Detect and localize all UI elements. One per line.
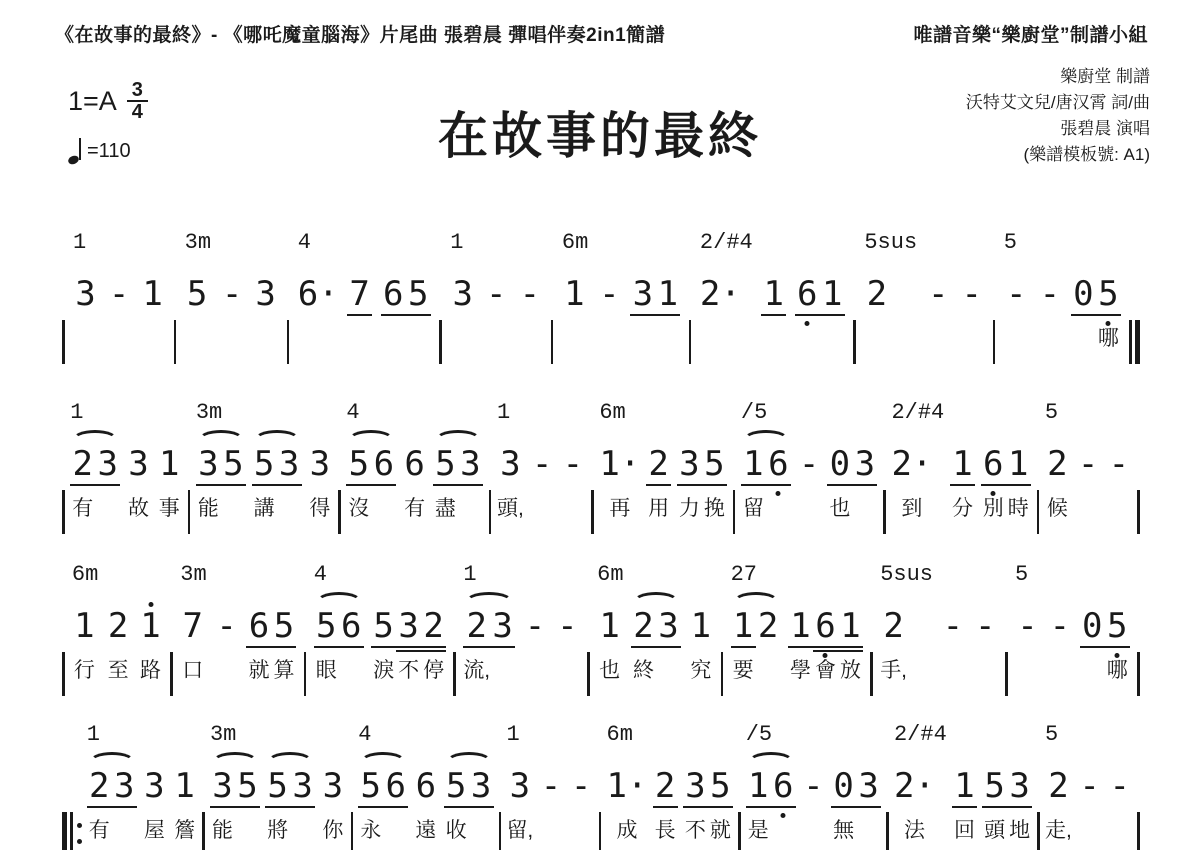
lyric-char: 有 bbox=[72, 496, 93, 524]
note-cell: 3 bbox=[253, 274, 278, 354]
note-char: 1· bbox=[599, 444, 640, 486]
lyric-char: 簷 bbox=[174, 818, 195, 846]
note-group: 5頭3地 bbox=[982, 720, 1032, 846]
note-group: 0無3 bbox=[831, 720, 881, 846]
octave-dot-high bbox=[148, 602, 153, 607]
note-char: 3 bbox=[126, 444, 151, 486]
note-char: 7 bbox=[180, 606, 205, 648]
note-char: 2 bbox=[1045, 444, 1070, 486]
note-char: 5 bbox=[982, 766, 1007, 808]
note-group: 2/#42·法 bbox=[894, 720, 947, 846]
note-cell: 6就 bbox=[246, 606, 271, 686]
note-cell: 2長 bbox=[653, 766, 678, 846]
note-char: 0 bbox=[1080, 606, 1105, 648]
note-cell: 3 bbox=[656, 606, 681, 686]
note-cell: 5 bbox=[221, 444, 246, 524]
note-char: 3 bbox=[677, 444, 702, 486]
note-char: 3 bbox=[73, 274, 98, 316]
note-char: 6 bbox=[381, 274, 406, 316]
note-char: 2 bbox=[646, 444, 671, 486]
chord-label: 1 bbox=[450, 228, 463, 274]
note-group: - bbox=[926, 228, 951, 354]
note-cell: - bbox=[523, 606, 548, 686]
note-char: 3 bbox=[683, 766, 708, 808]
note-cell: 6 bbox=[771, 766, 796, 846]
note-char: - bbox=[926, 274, 951, 316]
lyric-char: 法 bbox=[904, 818, 925, 846]
note-cell: - bbox=[1047, 606, 1072, 686]
barline bbox=[170, 560, 173, 696]
lyric-char: 停 bbox=[423, 658, 444, 686]
note-char: - bbox=[214, 606, 239, 648]
octave-dot-low bbox=[781, 813, 786, 818]
note-char: - bbox=[1076, 444, 1101, 486]
note-cell: 3 bbox=[852, 444, 877, 524]
note-char: 3 bbox=[253, 274, 278, 316]
note-group: 1回 bbox=[952, 720, 977, 846]
note-group: 61 bbox=[795, 228, 845, 354]
note-cell: 5沒 bbox=[346, 444, 371, 524]
note-char: 1· bbox=[607, 766, 648, 808]
note-cell: 1回 bbox=[952, 766, 977, 846]
note-char: 1 bbox=[562, 274, 587, 316]
note-group: - bbox=[1037, 228, 1062, 354]
note-char: 1 bbox=[952, 766, 977, 808]
note-char: 3 bbox=[490, 606, 515, 648]
note-char: 2· bbox=[894, 766, 935, 808]
note-cell: 1也 bbox=[597, 606, 622, 686]
note-char: 6 bbox=[771, 766, 796, 808]
chord-label: 6m bbox=[599, 398, 625, 444]
note-char: - bbox=[220, 274, 245, 316]
barline bbox=[1005, 560, 1008, 696]
note-char: - bbox=[1077, 766, 1102, 808]
note-group: 6就5算 bbox=[246, 560, 296, 686]
note-char: 5 bbox=[358, 766, 383, 808]
note-cell: 3 bbox=[856, 766, 881, 846]
note-char: 5 bbox=[708, 766, 733, 808]
note-cell: 1學 bbox=[788, 606, 813, 686]
note-char: 2 bbox=[1045, 766, 1072, 808]
note-char: 2 bbox=[463, 606, 490, 648]
octave-dot-low bbox=[1106, 321, 1111, 326]
credits-block: 樂廚堂 制譜 沃特艾文兒/唐汉霄 詞/曲 張碧晨 演唱 (樂譜模板號: A1) bbox=[966, 64, 1150, 168]
note-char: 5 bbox=[433, 444, 458, 486]
note-cell: 3力 bbox=[677, 444, 702, 524]
note-cell: - bbox=[1015, 606, 1040, 686]
note-cell: 6 bbox=[381, 274, 406, 354]
note-cell: 2用 bbox=[646, 444, 671, 524]
note-cell: 1簷 bbox=[172, 766, 197, 846]
note-cell: 3 bbox=[95, 444, 120, 524]
note-group: 2至 bbox=[106, 560, 131, 686]
note-group: /51留6 bbox=[741, 398, 791, 524]
note-group: - bbox=[523, 560, 548, 686]
note-char: 2 bbox=[653, 766, 678, 808]
note-char: 3 bbox=[852, 444, 877, 486]
note-cell: 5 bbox=[406, 274, 431, 354]
note-group: - bbox=[959, 228, 984, 354]
lyric-char: 挽 bbox=[704, 496, 725, 524]
chord-label: 1 bbox=[73, 228, 86, 274]
note-cell: 6 bbox=[766, 444, 791, 524]
lyric-char: 不 bbox=[398, 658, 419, 686]
note-group: - bbox=[797, 398, 822, 524]
barline bbox=[870, 560, 873, 696]
note-char: 2 bbox=[421, 606, 446, 648]
note-char: 5 bbox=[185, 274, 210, 316]
note-cell: 1事 bbox=[157, 444, 182, 524]
note-char: 3 bbox=[95, 444, 120, 486]
note-cell: 2至 bbox=[106, 606, 131, 686]
note-group: - bbox=[555, 560, 580, 686]
barline bbox=[338, 398, 341, 534]
note-cell: 2· bbox=[700, 274, 741, 354]
lyric-char: 走, bbox=[1045, 818, 1072, 846]
note-cell: 2終 bbox=[631, 606, 656, 686]
note-char: 1 bbox=[655, 274, 680, 316]
lyric-char: 淚 bbox=[373, 658, 394, 686]
header-publisher: 唯譜音樂“樂廚堂”制譜小組 bbox=[913, 20, 1148, 47]
note-cell: 3地 bbox=[1007, 766, 1032, 846]
note-group: 3屋 bbox=[142, 720, 167, 846]
note-char: 0 bbox=[831, 766, 856, 808]
note-char: - bbox=[959, 274, 984, 316]
note-char: 6 bbox=[246, 606, 271, 648]
note-cell: 2 bbox=[864, 274, 889, 354]
note-group: 12有3 bbox=[87, 720, 137, 846]
note-group: 5收3 bbox=[444, 720, 494, 846]
note-cell: 0也 bbox=[827, 444, 852, 524]
note-group: 05哪 bbox=[1071, 228, 1121, 354]
note-char: 3 bbox=[196, 444, 221, 486]
note-cell: 5哪 bbox=[1096, 274, 1121, 354]
note-group: 2終3 bbox=[631, 560, 681, 686]
note-char: 2 bbox=[87, 766, 112, 808]
note-group: 6m1 bbox=[562, 228, 588, 354]
note-group: - bbox=[538, 720, 563, 846]
note-char: 5 bbox=[271, 606, 296, 648]
note-char: 0 bbox=[827, 444, 852, 486]
barline bbox=[174, 228, 177, 364]
note-group: 5- bbox=[1015, 560, 1040, 686]
note-char: 5 bbox=[235, 766, 260, 808]
chord-label: 4 bbox=[298, 228, 311, 274]
note-char: 2 bbox=[106, 606, 131, 648]
lyric-char: 故 bbox=[128, 496, 149, 524]
note-group: 1分 bbox=[950, 398, 975, 524]
note-group: 3 bbox=[253, 228, 278, 354]
note-char: - bbox=[1107, 766, 1132, 808]
lyric-char: 就 bbox=[248, 658, 269, 686]
note-char: 3 bbox=[497, 444, 524, 486]
barline bbox=[1137, 720, 1140, 850]
lyric-char: 時 bbox=[1008, 496, 1029, 524]
note-cell: 5挽 bbox=[702, 444, 727, 524]
note-cell: - bbox=[517, 274, 542, 354]
note-group: - bbox=[220, 228, 245, 354]
note-cell: 1時 bbox=[1006, 444, 1031, 524]
note-cell: 5 bbox=[235, 766, 260, 846]
barline bbox=[591, 398, 594, 534]
note-cell: 3 bbox=[469, 766, 494, 846]
note-char: 1 bbox=[1006, 444, 1031, 486]
note-group: 6別1時 bbox=[981, 398, 1031, 524]
note-cell: - bbox=[569, 766, 594, 846]
note-group: 1 bbox=[140, 228, 165, 354]
note-cell: 3能 bbox=[196, 444, 221, 524]
note-cell: 6· bbox=[298, 274, 339, 354]
note-char: - bbox=[107, 274, 132, 316]
note-group: 45眼6 bbox=[314, 560, 364, 686]
note-char: 5 bbox=[444, 766, 469, 808]
barline bbox=[853, 228, 856, 364]
note-char: - bbox=[1106, 444, 1131, 486]
chord-label: 1 bbox=[497, 398, 510, 444]
note-cell: 1·成 bbox=[607, 766, 648, 846]
note-cell: 3 bbox=[458, 444, 483, 524]
chord-label: 2/#4 bbox=[891, 398, 944, 444]
note-group: 2用 bbox=[646, 398, 671, 524]
note-char: 3 bbox=[458, 444, 483, 486]
note-char: 3 bbox=[307, 444, 332, 486]
note-cell: 1行 bbox=[72, 606, 97, 686]
lyric-char: 算 bbox=[273, 658, 294, 686]
chord-label: 6m bbox=[597, 560, 623, 606]
note-char: - bbox=[530, 444, 555, 486]
note-cell: 3 bbox=[290, 766, 315, 846]
note-char: 5 bbox=[252, 444, 277, 486]
note-char: 3 bbox=[1007, 766, 1032, 808]
note-char: 5 bbox=[1105, 606, 1130, 648]
note-group: 6遠 bbox=[413, 720, 438, 846]
chord-label: 6m bbox=[72, 560, 98, 606]
note-cell: - bbox=[1037, 274, 1062, 354]
note-cell: 5算 bbox=[271, 606, 296, 686]
note-group: 5- bbox=[1004, 228, 1029, 354]
lyric-char: 將 bbox=[267, 818, 288, 846]
note-cell: - bbox=[1107, 766, 1132, 846]
note-group: 45沒6 bbox=[346, 398, 396, 524]
note-char: 3 bbox=[469, 766, 494, 808]
note-char: 3 bbox=[290, 766, 315, 808]
note-cell: - bbox=[801, 766, 826, 846]
note-group: 5淚3不2停 bbox=[371, 560, 446, 686]
note-group: 271要2 bbox=[731, 560, 781, 686]
lyric-char: 留 bbox=[743, 496, 764, 524]
note-char: 2 bbox=[880, 606, 907, 648]
note-group: 5將3 bbox=[265, 720, 315, 846]
note-cell: - bbox=[484, 274, 509, 354]
note-cell: 1 bbox=[562, 274, 587, 354]
barline bbox=[1137, 398, 1140, 534]
lyric-char: 長 bbox=[655, 818, 676, 846]
note-char: 3 bbox=[210, 766, 235, 808]
lyric-char: 會 bbox=[815, 658, 836, 686]
note-group: 13頭, bbox=[497, 398, 524, 524]
barline bbox=[1037, 398, 1040, 534]
note-cell: 6有 bbox=[402, 444, 427, 524]
note-cell: 1是 bbox=[746, 766, 771, 846]
note-cell: - bbox=[1076, 444, 1101, 524]
note-cell: 1究 bbox=[688, 606, 713, 686]
note-char: 5 bbox=[314, 606, 339, 648]
note-char: 3 bbox=[396, 606, 421, 648]
note-group: - bbox=[530, 398, 555, 524]
note-cell: 6 bbox=[795, 274, 820, 354]
lyric-char: 流, bbox=[463, 658, 490, 686]
score-system: 12有33故1事3m3能55講33得45沒66有5盡313頭,--6m1·再2用… bbox=[62, 398, 1140, 534]
note-cell: - bbox=[530, 444, 555, 524]
note-char: - bbox=[801, 766, 826, 808]
note-cell: 6 bbox=[339, 606, 364, 686]
note-cell: - bbox=[1106, 444, 1131, 524]
lyric-char: 口 bbox=[182, 658, 203, 686]
lyric-char: 得 bbox=[309, 496, 330, 524]
note-cell: 1 bbox=[820, 274, 845, 354]
note-group: 1路 bbox=[138, 560, 163, 686]
chord-label: 3m bbox=[180, 560, 206, 606]
lyric-char: 無 bbox=[833, 818, 854, 846]
note-cell: 3頭, bbox=[497, 444, 524, 524]
note-group: 2長 bbox=[653, 720, 678, 846]
barline bbox=[188, 398, 191, 534]
barline bbox=[304, 560, 307, 696]
chord-label: 5 bbox=[1045, 720, 1058, 766]
note-cell: 5就 bbox=[708, 766, 733, 846]
note-cell: 7口 bbox=[180, 606, 205, 686]
lyric-char: 你 bbox=[322, 818, 343, 846]
note-cell: 5盡 bbox=[433, 444, 458, 524]
note-char: 6· bbox=[298, 274, 339, 316]
note-cell: 5淚 bbox=[371, 606, 396, 686]
note-group: - bbox=[973, 560, 998, 686]
barline bbox=[599, 720, 602, 850]
chord-label: 2/#4 bbox=[894, 720, 947, 766]
note-char: 6 bbox=[383, 766, 408, 808]
note-char: 6 bbox=[813, 606, 838, 648]
note-char: 3 bbox=[506, 766, 533, 808]
lyric-char: 講 bbox=[254, 496, 275, 524]
lyric-char: 能 bbox=[212, 818, 233, 846]
note-group: 3力5挽 bbox=[677, 398, 727, 524]
credit-arranger: 樂廚堂 制譜 bbox=[966, 64, 1150, 90]
lyric-char: 候 bbox=[1047, 496, 1068, 524]
note-char: - bbox=[517, 274, 542, 316]
lyric-char: 哪 bbox=[1107, 658, 1128, 686]
note-cell: - bbox=[973, 606, 998, 686]
note-char: 1 bbox=[838, 606, 863, 648]
note-cell: 3你 bbox=[320, 766, 345, 846]
note-group: 3得 bbox=[307, 398, 332, 524]
octave-dot-low bbox=[1115, 653, 1120, 658]
note-char: 1 bbox=[950, 444, 975, 486]
note-cell: 3 bbox=[277, 444, 302, 524]
note-cell: 1 bbox=[655, 274, 680, 354]
note-char: - bbox=[597, 274, 622, 316]
note-cell: - bbox=[959, 274, 984, 354]
repeat-dots-icon bbox=[76, 812, 82, 850]
lyric-char: 學 bbox=[790, 658, 811, 686]
note-char: 5 bbox=[371, 606, 396, 648]
barline bbox=[551, 228, 554, 364]
note-cell: 2 bbox=[756, 606, 781, 686]
note-group: 05哪 bbox=[1080, 560, 1130, 686]
note-cell: - bbox=[926, 274, 951, 354]
lyric-char: 頭 bbox=[984, 818, 1005, 846]
lyric-char: 回 bbox=[954, 818, 975, 846]
note-cell: - bbox=[560, 444, 585, 524]
note-cell: 3能 bbox=[210, 766, 235, 846]
barline bbox=[202, 720, 205, 850]
note-char: 3 bbox=[630, 274, 655, 316]
note-char: 1 bbox=[688, 606, 713, 648]
barline bbox=[439, 228, 442, 364]
note-group: 12流,3 bbox=[463, 560, 515, 686]
lyric-char: 放 bbox=[840, 658, 861, 686]
lyric-char: 地 bbox=[1009, 818, 1030, 846]
note-char: 1 bbox=[731, 606, 756, 648]
lyric-char: 事 bbox=[159, 496, 180, 524]
note-char: 3 bbox=[856, 766, 881, 808]
barline bbox=[453, 560, 456, 696]
chord-label: 3m bbox=[185, 228, 211, 274]
score-system: 6m1行2至1路3m7口-6就5算45眼65淚3不2停12流,3--6m1也2終… bbox=[62, 560, 1140, 696]
lyric-char: 眼 bbox=[316, 658, 337, 686]
octave-dot-low bbox=[776, 491, 781, 496]
note-char: 6 bbox=[371, 444, 396, 486]
note-cell: - bbox=[555, 606, 580, 686]
note-cell: 5講 bbox=[252, 444, 277, 524]
note-cell: 5永 bbox=[358, 766, 383, 846]
chord-label: 5 bbox=[1015, 560, 1028, 606]
note-char: 6 bbox=[413, 766, 438, 808]
repeat-start-barline bbox=[62, 720, 82, 850]
lyric-char: 路 bbox=[140, 658, 161, 686]
note-char: 7 bbox=[347, 274, 372, 316]
note-char: 1 bbox=[597, 606, 622, 648]
lyric-char: 能 bbox=[198, 496, 219, 524]
note-cell: 3 bbox=[112, 766, 137, 846]
note-group: - bbox=[569, 720, 594, 846]
note-char: 1 bbox=[157, 444, 182, 486]
note-cell: - bbox=[597, 274, 622, 354]
octave-dot-low bbox=[805, 321, 810, 326]
note-cell: - bbox=[107, 274, 132, 354]
note-cell: 1放 bbox=[838, 606, 863, 686]
note-group: /51是6 bbox=[746, 720, 796, 846]
note-char: 1 bbox=[140, 274, 165, 316]
note-group: - bbox=[484, 228, 509, 354]
note-char: 6 bbox=[402, 444, 427, 486]
note-group: 5sus2 bbox=[864, 228, 917, 354]
lyric-char: 到 bbox=[901, 496, 922, 524]
note-group: 1簷 bbox=[172, 720, 197, 846]
score-system: 12有33屋1簷3m3能55將33你45永66遠5收313留,--6m1·成2長… bbox=[62, 720, 1140, 850]
lyric-char: 手, bbox=[880, 658, 907, 686]
lyric-char: 要 bbox=[733, 658, 754, 686]
barline bbox=[489, 398, 492, 534]
note-group: 45永6 bbox=[358, 720, 408, 846]
note-group: 5盡3 bbox=[433, 398, 483, 524]
note-group: 3m7口 bbox=[180, 560, 206, 686]
lyric-char: 別 bbox=[983, 496, 1004, 524]
note-cell: 5收 bbox=[444, 766, 469, 846]
note-cell: 6遠 bbox=[413, 766, 438, 846]
note-char: 2 bbox=[756, 606, 781, 648]
lyric-char: 盡 bbox=[435, 496, 456, 524]
sheet-music-page: 《在故事的最終》- 《哪吒魔童腦海》片尾曲 張碧晨 彈唱伴奏2in1簡譜 唯譜音… bbox=[0, 0, 1200, 850]
